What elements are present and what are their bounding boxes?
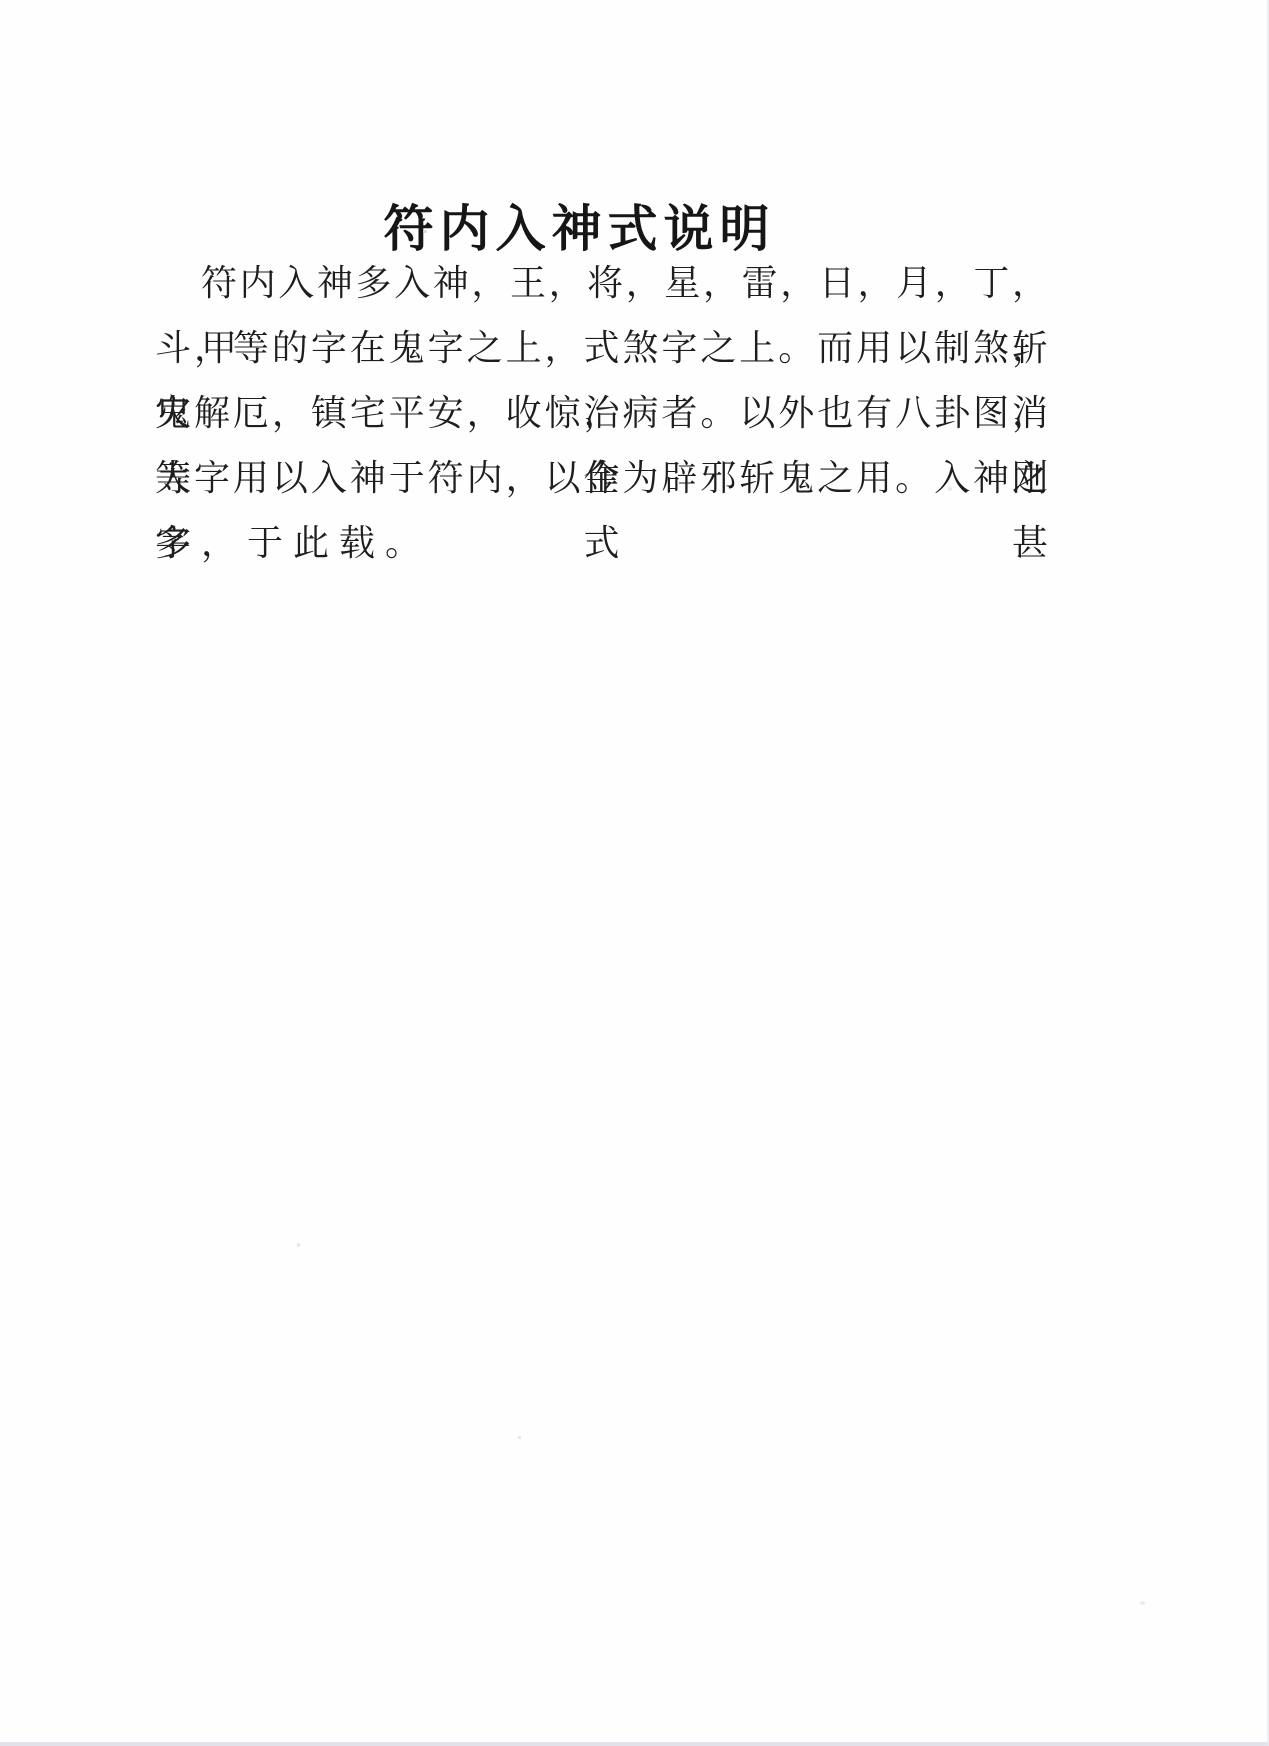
paragraph-line: 灾解厄，镇宅平安，收惊治病者。以外也有八卦图，大金刚 bbox=[155, 381, 1050, 446]
scan-speck bbox=[297, 1243, 300, 1247]
paragraph-line: 等字用以入神于符内，以作为辟邪斩鬼之用。入神之字式甚 bbox=[155, 446, 1050, 511]
scan-speck bbox=[518, 1436, 521, 1439]
scan-speck bbox=[948, 487, 952, 491]
scan-speck bbox=[1140, 1601, 1145, 1605]
page-title: 符内入神式说明 bbox=[0, 200, 1213, 258]
scan-speck bbox=[423, 230, 427, 233]
paragraph-line: 符内入神多入神，王，将，星，雷，日，月，丁，甲， bbox=[155, 251, 1050, 316]
paragraph-line: 斗，等的字在鬼字之上，式煞字之上。而用以制煞斩鬼，消 bbox=[155, 316, 1050, 381]
scanned-book-page: 符内入神式说明 符内入神多入神，王，将，星，雷，日，月，丁，甲， 斗，等的字在鬼… bbox=[0, 0, 1269, 1746]
body-paragraph: 符内入神多入神，王，将，星，雷，日，月，丁，甲， 斗，等的字在鬼字之上，式煞字之… bbox=[155, 251, 1050, 576]
